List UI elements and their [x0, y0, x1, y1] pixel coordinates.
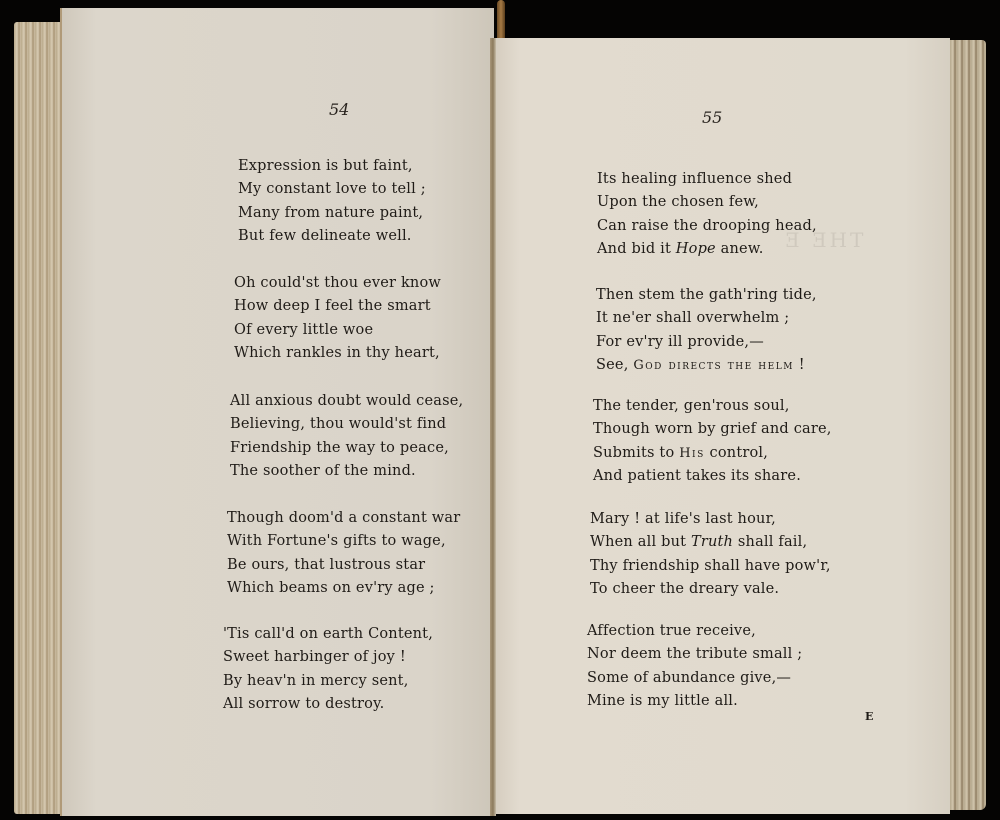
verse-line: With Fortune's gifts to wage,	[227, 530, 460, 553]
text: control,	[705, 445, 768, 461]
verse-line: The soother of the mind.	[230, 460, 463, 483]
verse-line: Its healing influence shed	[597, 168, 817, 191]
verse-line: For ev'ry ill provide,—	[596, 331, 817, 354]
bookmark-thread	[497, 0, 505, 42]
verse-line: The tender, gen'rous soul,	[593, 395, 832, 418]
text: shall fail,	[733, 534, 807, 550]
text: !	[794, 357, 805, 373]
book-gutter	[490, 38, 496, 816]
stanza-left-3: All anxious doubt would cease, Believing…	[230, 390, 463, 483]
small-caps-god: God directs the helm	[633, 358, 794, 373]
verse-line: Some of abundance give,—	[587, 667, 802, 690]
verse-line: Though doom'd a constant war	[227, 507, 460, 530]
verse-line: Believing, thou would'st find	[230, 413, 463, 436]
verse-line: Friendship the way to peace,	[230, 437, 463, 460]
verse-line: But few delineate well.	[238, 225, 426, 248]
italic-hope: Hope	[676, 241, 716, 257]
stanza-left-2: Oh could'st thou ever know How deep I fe…	[234, 272, 441, 365]
verse-line: Expression is but faint,	[238, 155, 426, 178]
stanza-right-5: Affection true receive, Nor deem the tri…	[587, 620, 802, 713]
verse-line: By heav'n in mercy sent,	[223, 670, 433, 693]
verse-line: To cheer the dreary vale.	[590, 578, 831, 601]
verse-line: When all but Truth shall fail,	[590, 531, 831, 554]
text: When all but	[590, 534, 691, 550]
verse-line: Which beams on ev'ry age ;	[227, 577, 460, 600]
page-number-left: 54	[329, 100, 349, 119]
text: anew.	[716, 241, 764, 257]
verse-line: Can raise the drooping head,	[597, 215, 817, 238]
verse-line: It ne'er shall overwhelm ;	[596, 307, 817, 330]
verse-line: How deep I feel the smart	[234, 295, 441, 318]
stanza-right-3: The tender, gen'rous soul, Though worn b…	[593, 395, 832, 488]
verse-line: Which rankles in thy heart,	[234, 342, 441, 365]
verse-line: Oh could'st thou ever know	[234, 272, 441, 295]
verse-line: Then stem the gath'ring tide,	[596, 284, 817, 307]
stanza-right-1: Its healing influence shed Upon the chos…	[597, 168, 817, 261]
verse-line: All sorrow to destroy.	[223, 693, 433, 716]
verse-line: Affection true receive,	[587, 620, 802, 643]
verse-line: Nor deem the tribute small ;	[587, 643, 802, 666]
page-number-right: 55	[702, 108, 722, 127]
verse-line: 'Tis call'd on earth Content,	[223, 623, 433, 646]
verse-line: All anxious doubt would cease,	[230, 390, 463, 413]
text: And bid it	[597, 241, 676, 257]
verse-line: My constant love to tell ;	[238, 178, 426, 201]
verse-line: Though worn by grief and care,	[593, 418, 832, 441]
right-page-stack	[950, 40, 986, 810]
verse-line: Submits to His control,	[593, 442, 832, 465]
signature-mark: E	[865, 710, 873, 723]
verse-line: Thy friendship shall have pow'r,	[590, 555, 831, 578]
stanza-left-5: 'Tis call'd on earth Content, Sweet harb…	[223, 623, 433, 716]
stanza-right-4: Mary ! at life's last hour, When all but…	[590, 508, 831, 601]
verse-line: And patient takes its share.	[593, 465, 832, 488]
verse-line: Mary ! at life's last hour,	[590, 508, 831, 531]
verse-line: See, God directs the helm !	[596, 354, 817, 377]
open-book: THE E 54 Expression is but faint, My con…	[0, 0, 1000, 820]
stanza-left-4: Though doom'd a constant war With Fortun…	[227, 507, 460, 600]
verse-line: Of every little woe	[234, 319, 441, 342]
italic-truth: Truth	[691, 534, 733, 550]
verse-line: Sweet harbinger of joy !	[223, 646, 433, 669]
text: Submits to	[593, 445, 679, 461]
stanza-right-2: Then stem the gath'ring tide, It ne'er s…	[596, 284, 817, 377]
small-caps-his: His	[679, 446, 705, 461]
text: See,	[596, 357, 633, 373]
verse-line: And bid it Hope anew.	[597, 238, 817, 261]
verse-line: Be ours, that lustrous star	[227, 554, 460, 577]
verse-line: Mine is my little all.	[587, 690, 802, 713]
stanza-left-1: Expression is but faint, My constant lov…	[238, 155, 426, 248]
verse-line: Upon the chosen few,	[597, 191, 817, 214]
verse-line: Many from nature paint,	[238, 202, 426, 225]
